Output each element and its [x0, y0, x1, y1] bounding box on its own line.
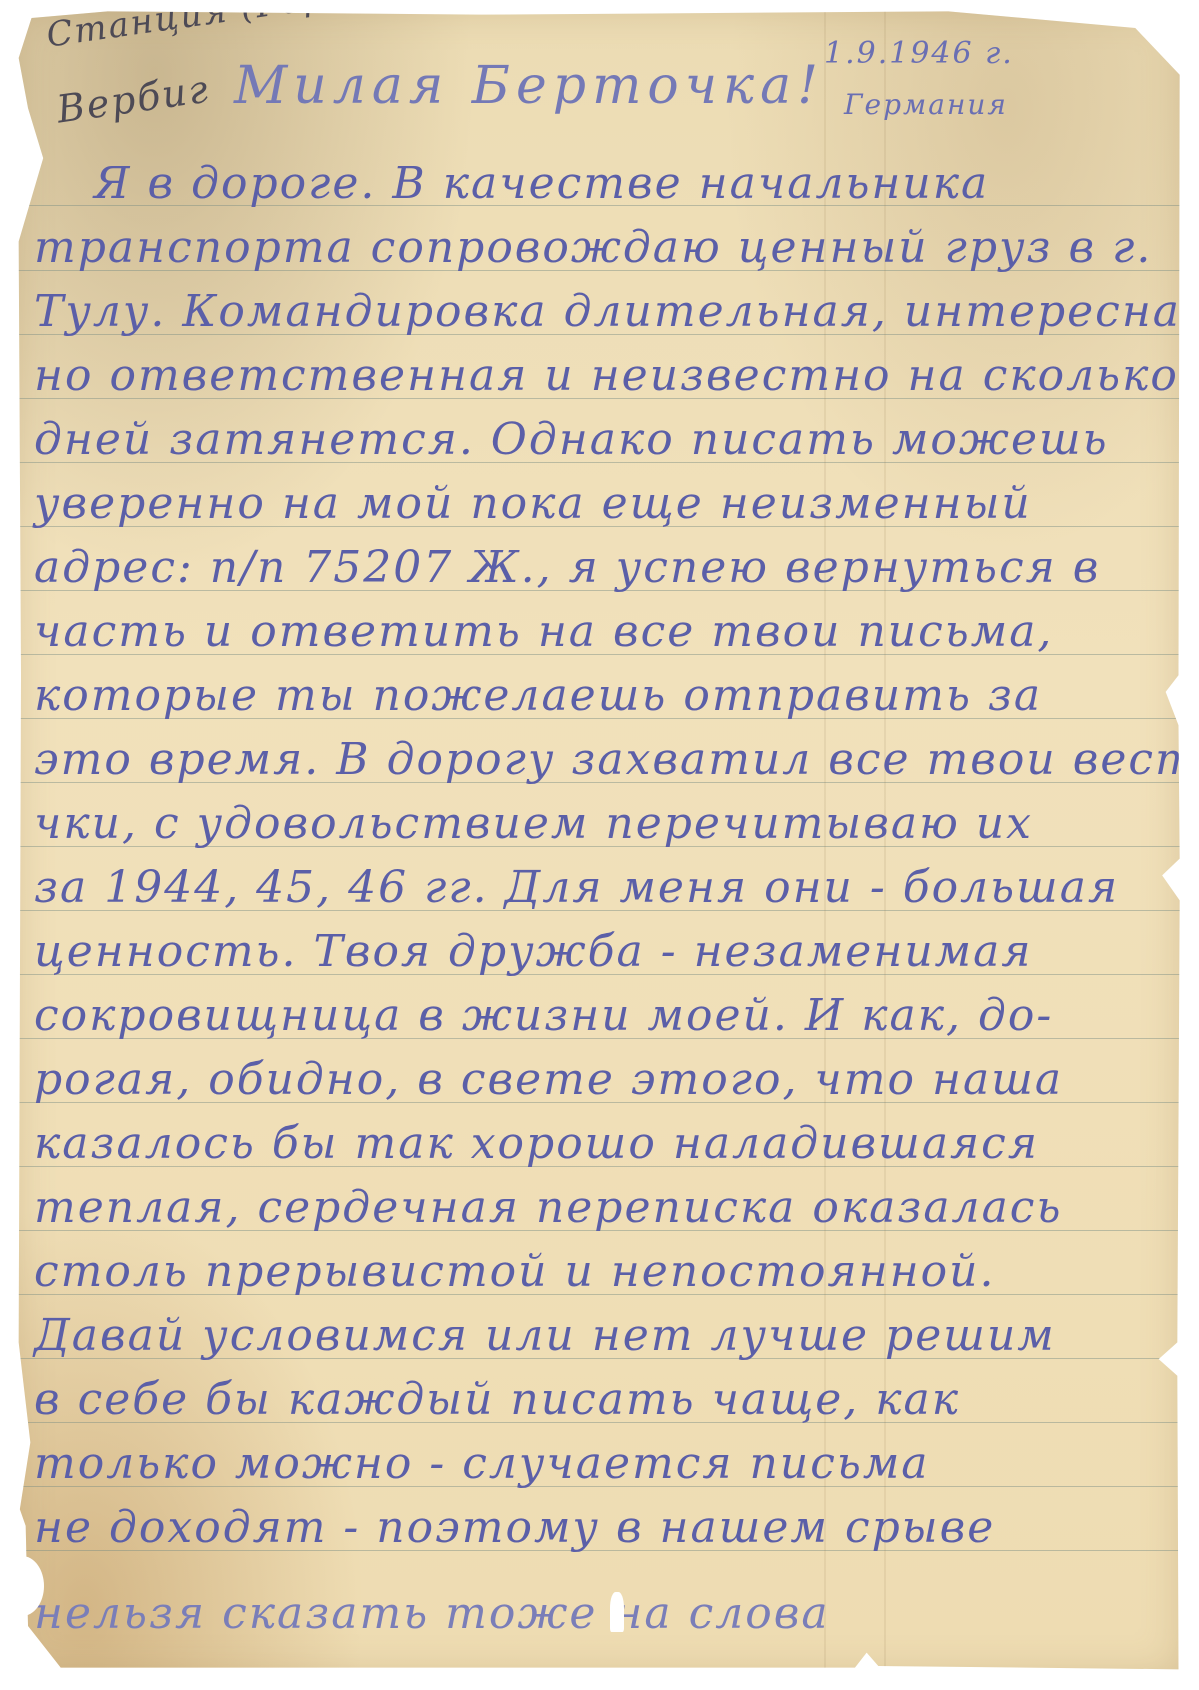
letter-line: в себе бы каждый писать чаще, как	[34, 1374, 960, 1425]
letter-line: уверенно на мой пока еще неизменный	[34, 478, 1032, 529]
paper-tear	[610, 1592, 624, 1632]
letter-line: Давай условимся или нет лучше решим	[34, 1310, 1056, 1361]
letter-line: но ответственная и неизвестно на сколько	[34, 350, 1179, 401]
letter-line: адрес: п/п 75207 Ж., я успею вернуться в	[34, 542, 1100, 593]
letter-line: рогая, обидно, в свете этого, что наша	[34, 1054, 1063, 1105]
letter-line: за 1944, 45, 46 гг. Для меня они - больш…	[34, 862, 1119, 913]
letter-date: 1.9.1946 г.	[824, 36, 1014, 71]
letter-line: часть и ответить на все твои письма,	[34, 606, 1053, 657]
letter-line: сокровищница в жизни моей. И как, до-	[34, 990, 1053, 1041]
letter-line: теплая, сердечная переписка оказалась	[34, 1182, 1062, 1233]
letter-line: столь прерывистой и непостоянной.	[34, 1246, 995, 1297]
letter-line: чки, с удовольствием перечитываю их	[34, 798, 1033, 849]
letter-line: которые ты пожелаешь отправить за	[34, 670, 1042, 721]
station-note: Станция (Германия)	[44, 0, 468, 56]
letter-place: Германия	[844, 88, 1008, 121]
letter-line: не доходят - поэтому в нашем срыве	[34, 1502, 995, 1553]
letter-line: нельзя сказать тоже на слова	[34, 1588, 830, 1639]
letter-line: Я в дороге. В качестве начальника	[94, 158, 989, 209]
letter-line: ценность. Твоя дружба - незаменимая	[34, 926, 1033, 977]
letter-line: Тулу. Командировка длительная, интересна…	[34, 286, 1199, 337]
letter-line: транспорта сопровождаю ценный груз в г.	[34, 222, 1152, 273]
salutation: Милая Берточка!	[234, 56, 824, 116]
letter-page: Станция (Германия) Вербиг Милая Берточка…	[14, 8, 1182, 1676]
letter-line: это время. В дорогу захватил все твои ве…	[34, 734, 1199, 785]
letter-line: только можно - случается письма	[34, 1438, 930, 1489]
letter-line: казалось бы так хорошо наладившаяся	[34, 1118, 1039, 1169]
station-name: Вербиг	[54, 67, 212, 132]
paper-hole	[0, 1556, 44, 1616]
letter-line: дней затянется. Однако писать можешь	[34, 414, 1109, 465]
